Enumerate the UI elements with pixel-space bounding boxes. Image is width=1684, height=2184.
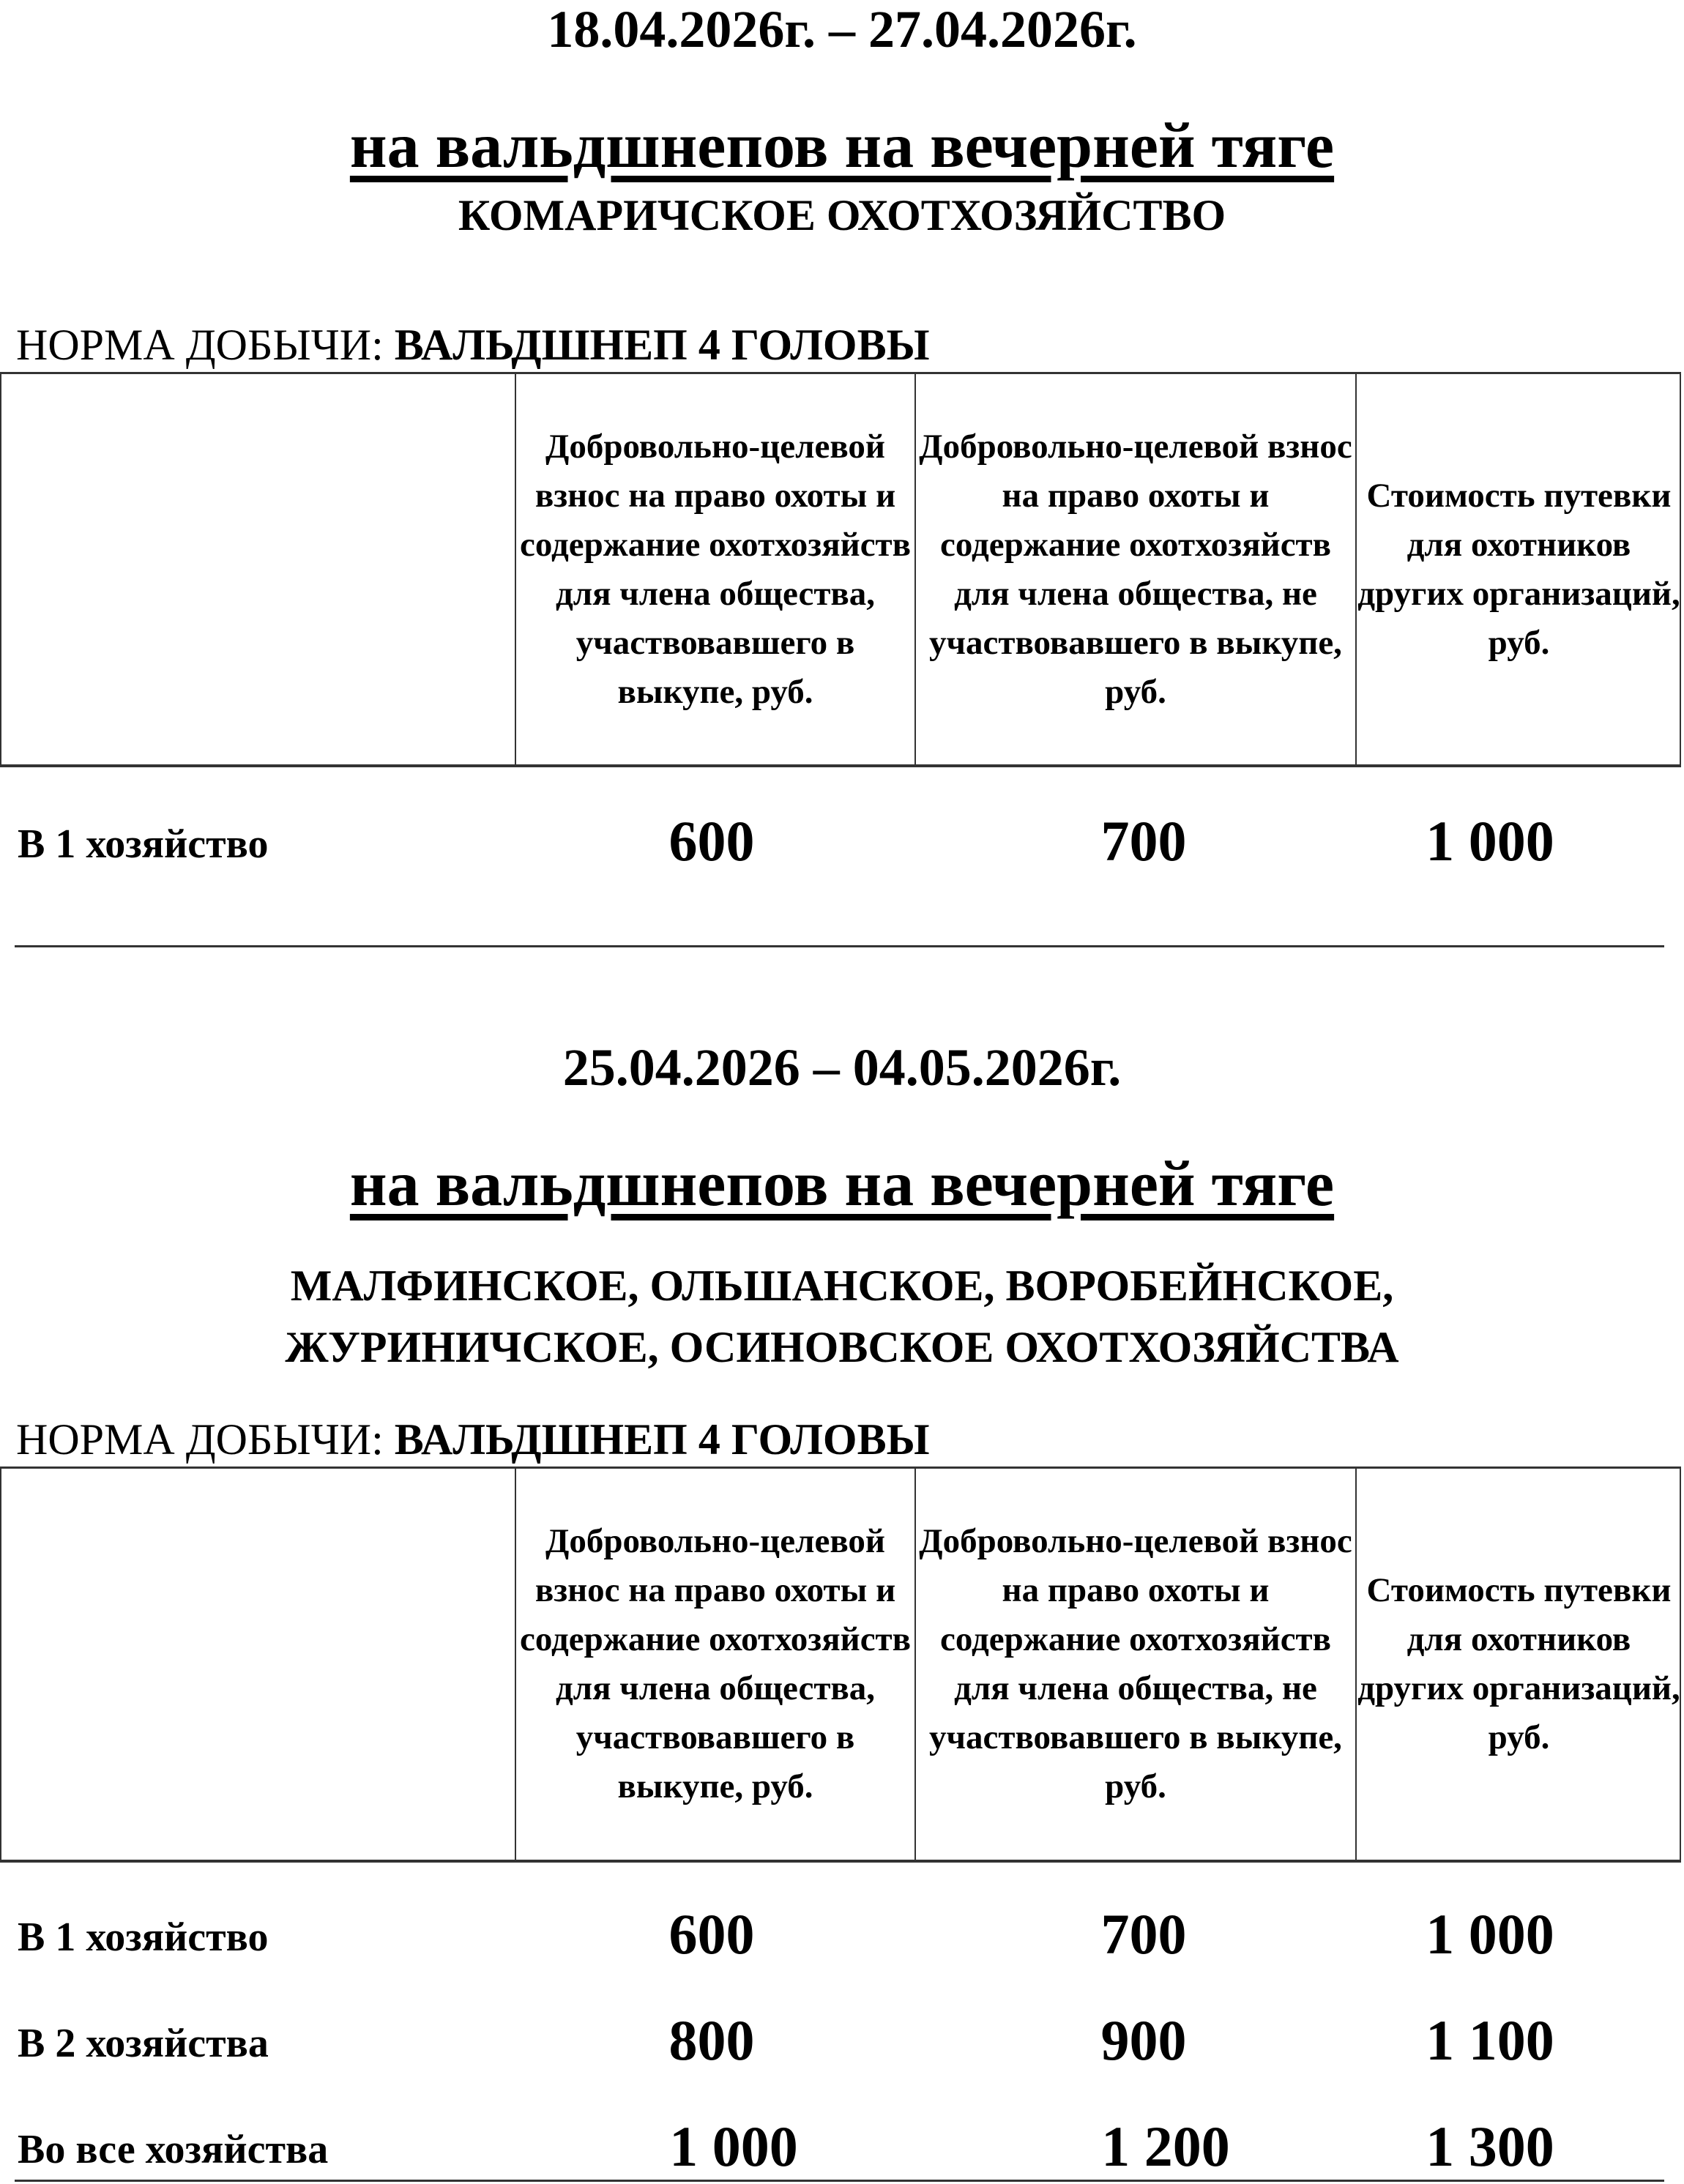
section2-subtitle: на вальдшнепов на вечерней тяге xyxy=(0,1149,1684,1220)
value-other-orgs: 1 100 xyxy=(1417,2008,1563,2073)
section2-bag-limit: НОРМА ДОБЫЧИ: ВАЛЬДШНЕП 4 ГОЛОВЫ xyxy=(16,1415,930,1464)
row-label: В 2 хозяйства xyxy=(18,2010,269,2076)
section1-subtitle: на вальдшнепов на вечерней тяге xyxy=(0,111,1684,182)
header-member-participated: Добровольно-целевой взнос на право охоты… xyxy=(515,1469,914,1860)
row-label: В 1 хозяйство xyxy=(18,1904,269,1970)
section2-table-header: Добровольно-целевой взнос на право охоты… xyxy=(0,1466,1681,1863)
value-other-orgs: 1 000 xyxy=(1417,1901,1563,1967)
bag-limit-value: ВАЛЬДШНЕП 4 ГОЛОВЫ xyxy=(395,1415,930,1464)
header-member-not-participated: Добровольно-целевой взнос на право охоты… xyxy=(914,1469,1355,1860)
header-member-participated: Добровольно-целевой взнос на право охоты… xyxy=(515,374,914,764)
section1-table-header: Добровольно-целевой взнос на право охоты… xyxy=(0,372,1681,767)
value-member-not-participated: 900 xyxy=(1070,2008,1217,2073)
table-row: В 2 хозяйства 800 900 1 100 xyxy=(0,2008,1684,2073)
bag-limit-label: НОРМА ДОБЫЧИ: xyxy=(16,321,384,369)
section1-subtitle-text: на вальдшнепов на вечерней тяге xyxy=(350,111,1334,182)
bag-limit-value: ВАЛЬДШНЕП 4 ГОЛОВЫ xyxy=(395,321,930,369)
section1-estate: КОМАРИЧСКОЕ ОХОТХОЗЯЙСТВО xyxy=(0,190,1684,240)
value-member-not-participated: 700 xyxy=(1070,808,1217,874)
row-label: Во все хозяйства xyxy=(18,2117,328,2183)
section2-estate-line1: МАЛФИНСКОЕ, ОЛЬШАНСКОЕ, ВОРОБЕЙНСКОЕ, xyxy=(0,1261,1684,1311)
value-member-participated: 1 000 xyxy=(638,2114,829,2180)
value-other-orgs: 1 300 xyxy=(1417,2114,1563,2180)
header-other-orgs: Стоимость путевки для охотников других о… xyxy=(1355,374,1681,764)
row-label: В 1 хозяйство xyxy=(18,811,269,877)
section2-date-range: 25.04.2026 – 04.05.2026г. xyxy=(0,1038,1684,1097)
value-member-participated: 600 xyxy=(638,808,785,874)
header-member-not-participated: Добровольно-целевой взнос на право охоты… xyxy=(914,374,1355,764)
table-row: Во все хозяйства 1 000 1 200 1 300 xyxy=(0,2114,1684,2180)
table-row: В 1 хозяйство 600 700 1 000 xyxy=(0,1901,1684,1967)
value-member-participated: 600 xyxy=(638,1901,785,1967)
table-row: В 1 хозяйство 600 700 1 000 xyxy=(0,808,1684,874)
section2-subtitle-text: на вальдшнепов на вечерней тяге xyxy=(350,1149,1334,1220)
section1-date-range: 18.04.2026г. – 27.04.2026г. xyxy=(0,0,1684,59)
header-other-orgs: Стоимость путевки для охотников других о… xyxy=(1355,1469,1681,1860)
section-divider xyxy=(15,945,1664,947)
section2-estate-line2: ЖУРИНИЧСКОЕ, ОСИНОВСКОЕ ОХОТХОЗЯЙСТВА xyxy=(0,1322,1684,1372)
bottom-rule xyxy=(15,2180,1664,2182)
value-member-not-participated: 1 200 xyxy=(1070,2114,1261,2180)
bag-limit-label: НОРМА ДОБЫЧИ: xyxy=(16,1415,384,1464)
value-other-orgs: 1 000 xyxy=(1417,808,1563,874)
value-member-not-participated: 700 xyxy=(1070,1901,1217,1967)
value-member-participated: 800 xyxy=(638,2008,785,2073)
section1-bag-limit: НОРМА ДОБЫЧИ: ВАЛЬДШНЕП 4 ГОЛОВЫ xyxy=(16,321,930,369)
